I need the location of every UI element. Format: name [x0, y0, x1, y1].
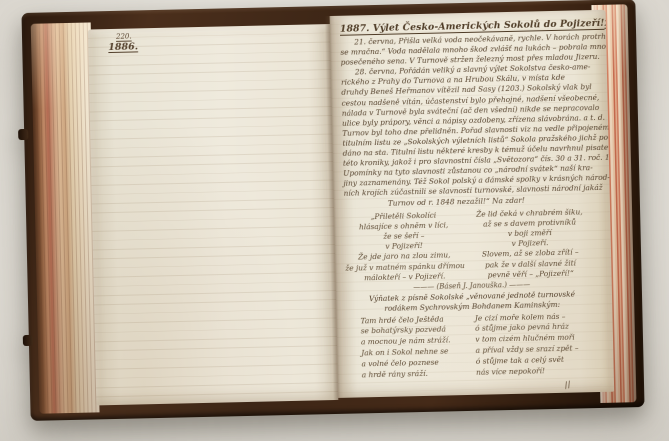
- left-page-number: 220.: [116, 33, 132, 41]
- poem-column-right: Že lid čeká v chrabrém šiku, až se s dav…: [462, 207, 597, 281]
- poem-column-left: Tam hrdé čelo Ještěda se bohatýrsky pozv…: [346, 314, 466, 381]
- clasp-bottom: [23, 335, 33, 346]
- poem-sokolici: „Přiletěli Sokolíci hlásajíce s ohněm v …: [344, 207, 598, 284]
- left-page-year: 1886.: [108, 41, 138, 53]
- ruled-lines: [88, 24, 338, 405]
- poem-line: a hrdě rány sráží.: [362, 368, 467, 381]
- left-page: 220. 1886.: [88, 24, 338, 405]
- poem-column-right: Je cizí moře kolem nás – ó stůjme jako p…: [465, 311, 600, 379]
- clasp-top: [18, 129, 28, 140]
- poem-column-left: „Přiletěli Sokolíci hlásajíce s ohněm v …: [344, 210, 464, 284]
- poem-jested: Tam hrdé čelo Ještěda se bohatýrsky pozv…: [346, 311, 599, 381]
- entry-body: 21. června, Přišla velká voda neočekávan…: [340, 32, 596, 209]
- manuscript-text: 1887. Výlet Česko-Amerických Sokolů do P…: [340, 18, 600, 389]
- chronicle-book: 220. 1886. 1887. Výlet Česko-Amerických …: [21, 0, 644, 421]
- right-page: 1887. Výlet Česko-Amerických Sokolů do P…: [330, 10, 615, 398]
